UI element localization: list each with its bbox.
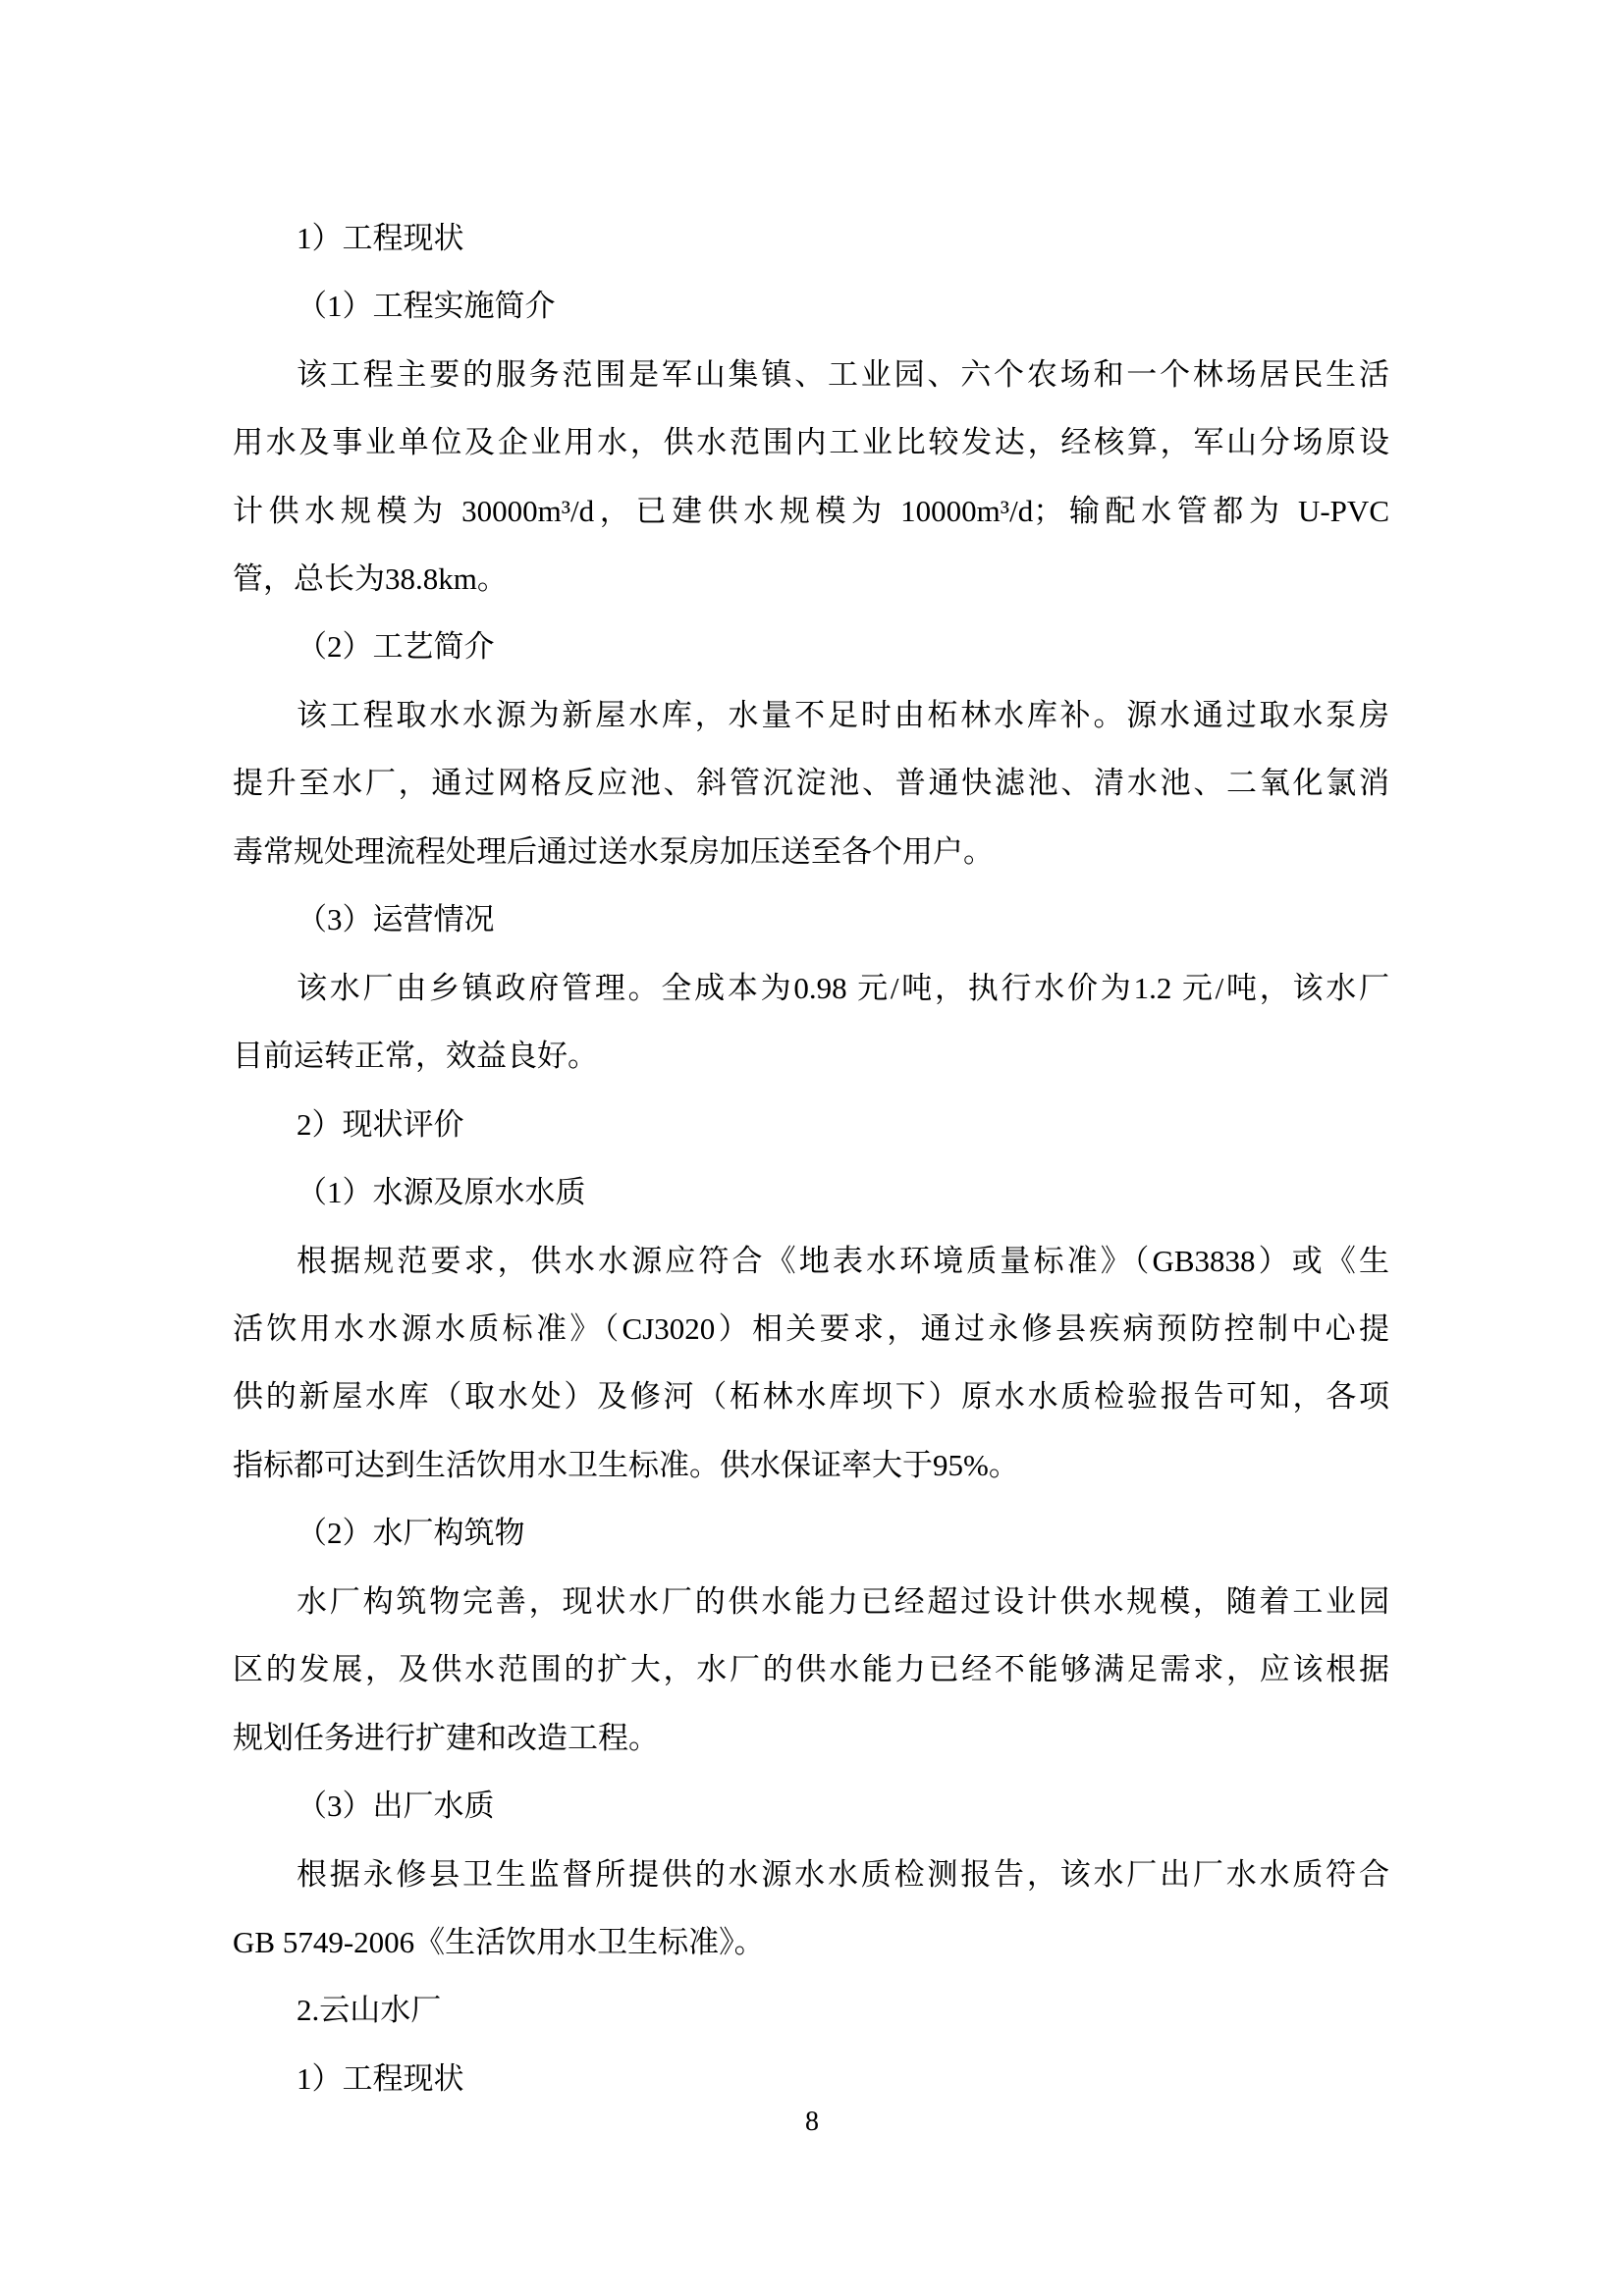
paragraph-line: 水厂构筑物完善，现状水厂的供水能力已经超过设计供水规模，随着工业园 — [297, 1582, 1389, 1622]
paragraph-line: 提升至水厂，通过网格反应池、斜管沉淀池、普通快滤池、清水池、二氧化氯消 — [233, 764, 1389, 803]
subheading-plant-structures: （2）水厂构筑物 — [297, 1514, 525, 1553]
paragraph-line: 该水厂由乡镇政府管理。全成本为0.98 元/吨，执行水价为1.2 元/吨，该水厂 — [297, 969, 1389, 1008]
paragraph-line: 规划任务进行扩建和改造工程。 — [233, 1719, 1389, 1758]
document-page: 1）工程现状 （1）工程实施简介 该工程主要的服务范围是军山集镇、工业园、六个农… — [0, 0, 1624, 2296]
heading-status-evaluation: 2）现状评价 — [297, 1105, 464, 1145]
paragraph-line: 该工程主要的服务范围是军山集镇、工业园、六个农场和一个林场居民生活 — [297, 355, 1389, 395]
paragraph-line: 管，总长为38.8km。 — [233, 560, 1389, 599]
subheading-implementation-overview: （1）工程实施简介 — [297, 287, 556, 326]
paragraph-line: 指标都可达到生活饮用水卫生标准。供水保证率大于95%。 — [233, 1446, 1389, 1485]
subheading-water-source-quality: （1）水源及原水水质 — [297, 1173, 586, 1212]
paragraph-line: 毒常规处理流程处理后通过送水泵房加压送至各个用户。 — [233, 832, 1389, 872]
paragraph-line: 根据规范要求，供水水源应符合《地表水环境质量标准》（GB3838）或《生 — [297, 1242, 1389, 1281]
heading-yunshan-water-plant: 2.云山水厂 — [297, 1991, 441, 2030]
paragraph-line: 活饮用水水源水质标准》（CJ3020）相关要求，通过永修县疾病预防控制中心提 — [233, 1309, 1389, 1349]
page-number: 8 — [0, 2107, 1624, 2138]
paragraph-line: 用水及事业单位及企业用水，供水范围内工业比较发达，经核算，军山分场原设 — [233, 423, 1389, 462]
paragraph-line: 目前运转正常，效益良好。 — [233, 1037, 1389, 1076]
paragraph-line: 计供水规模为 30000m³/d，已建供水规模为 10000m³/d；输配水管都… — [233, 492, 1389, 531]
subheading-outlet-water-quality: （3）出厂水质 — [297, 1787, 495, 1826]
paragraph-line: 区的发展，及供水范围的扩大，水厂的供水能力已经不能够满足需求，应该根据 — [233, 1650, 1389, 1689]
subheading-operations: （3）运营情况 — [297, 900, 495, 939]
paragraph-line: 根据永修县卫生监督所提供的水源水水质检测报告，该水厂出厂水水质符合 — [297, 1855, 1389, 1895]
heading-project-status: 1）工程现状 — [297, 219, 464, 258]
paragraph-line: 该工程取水水源为新屋水库，水量不足时由柘林水库补。源水通过取水泵房 — [297, 696, 1389, 735]
subheading-process-overview: （2）工艺简介 — [297, 627, 495, 667]
heading-project-status-2: 1）工程现状 — [297, 2059, 464, 2099]
paragraph-line: 供的新屋水库（取水处）及修河（柘林水库坝下）原水水质检验报告可知，各项 — [233, 1377, 1389, 1416]
paragraph-line: GB 5749-2006《生活饮用水卫生标准》。 — [233, 1923, 1389, 1962]
